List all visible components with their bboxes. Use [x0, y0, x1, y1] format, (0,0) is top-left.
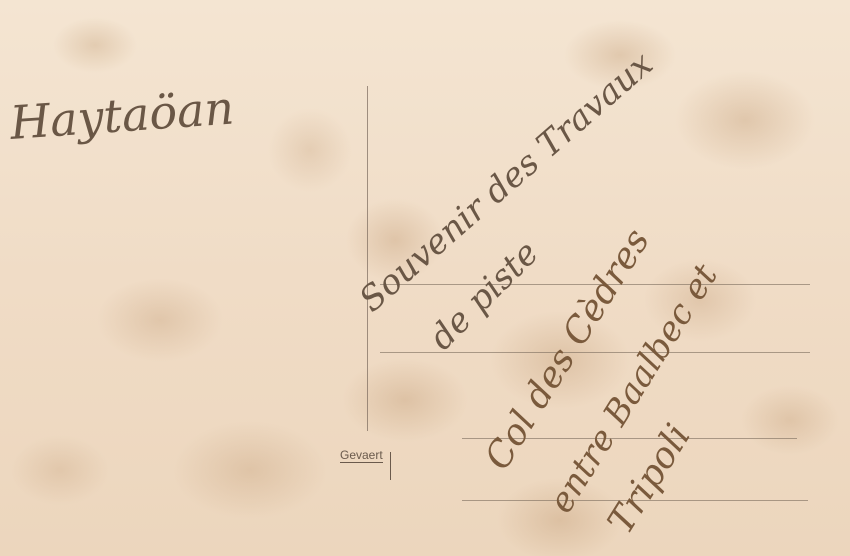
handwritten-name: Haytaöan — [8, 80, 235, 150]
postcard-back: Haytaöan Souvenir des Travaux de piste C… — [0, 0, 850, 556]
publisher-mark: Gevaert — [340, 448, 383, 463]
publisher-mark-bar — [390, 452, 391, 480]
center-divider-line — [367, 86, 368, 431]
